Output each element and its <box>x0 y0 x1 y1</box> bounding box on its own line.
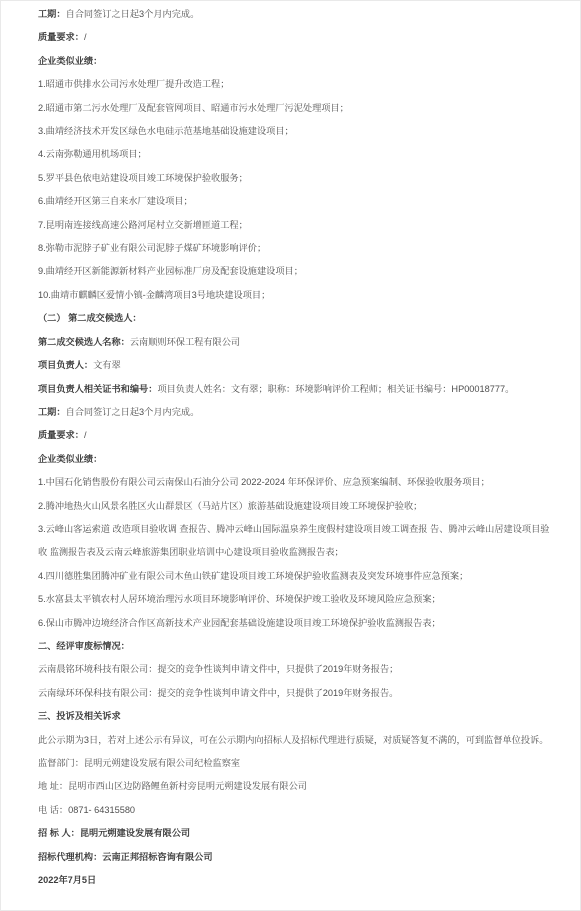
certificate-value: 项目负责人姓名：文有翠；职称：环境影响评价工程师；相关证书编号：HP000187… <box>157 384 514 394</box>
project-item-2-4: 4.四川德胜集团腾冲矿业有限公司木鱼山铁矿建设项目竣工环境保护验收监测表及突发环… <box>38 565 550 588</box>
project-item-9: 9.曲靖经开区新能源新材料产业园标准厂房及配套设施建设项目； <box>38 260 550 283</box>
rejected-bids-heading: 二、经评审废标情况： <box>38 635 550 658</box>
project-leader-line: 项目负责人：文有翠 <box>38 354 550 377</box>
project-item-6: 6.曲靖经开区第三自来水厂建设项目； <box>38 190 550 213</box>
project-item-2-6: 6.保山市腾冲边境经济合作区高新技术产业园配套基础设施建设项目竣工环境保护验收监… <box>38 612 550 635</box>
duration-value: 自合同签订之日起3个月内完成。 <box>66 9 200 19</box>
complaint-period-text: 此公示期为3日，若对上述公示有异议，可在公示期内向招标人及招标代理进行质疑，对质… <box>38 729 550 752</box>
candidate-name-value: 云南顺则环保工程有限公司 <box>130 337 240 347</box>
project-item-5: 5.罗平县色依电站建设项目竣工环境保护验收服务； <box>38 167 550 190</box>
second-candidate-name-line: 第二成交候选人名称：云南顺则环保工程有限公司 <box>38 331 550 354</box>
project-item-10: 10.曲靖市麒麟区爱情小镇-金麟湾项目3号地块建设项目； <box>38 284 550 307</box>
phone-line: 电 话：0871- 64315580 <box>38 799 550 822</box>
supervision-dept-line: 监督部门：昆明元朔建设发展有限公司纪检监察室 <box>38 752 550 775</box>
duration-label: 工期： <box>38 9 66 19</box>
duration-line-2: 工期：自合同签订之日起3个月内完成。 <box>38 401 550 424</box>
project-item-2: 2.昭通市第二污水处理厂及配套管网项目、昭通市污水处理厂污泥处理项目； <box>38 97 550 120</box>
address-line: 地 址：昆明市西山区边防路鲤鱼新村旁昆明元朔建设发展有限公司 <box>38 775 550 798</box>
leader-certificate-line: 项目负责人相关证书和编号：项目负责人姓名：文有翠；职称：环境影响评价工程师；相关… <box>38 378 550 401</box>
announcement-document: 工期：自合同签订之日起3个月内完成。 质量要求：/ 企业类似业绩： 1.昭通市供… <box>0 0 581 911</box>
similar-projects-heading-2: 企业类似业绩： <box>38 448 550 471</box>
certificate-label: 项目负责人相关证书和编号： <box>38 384 157 394</box>
date-line: 2022年7月5日 <box>38 869 550 892</box>
agency-line: 招标代理机构：云南正邦招标咨询有限公司 <box>38 846 550 869</box>
complaints-heading: 三、投诉及相关诉求 <box>38 705 550 728</box>
leader-value: 文有翠 <box>93 360 121 370</box>
rejected-bid-item-1: 云南晨铭环境科技有限公司：提交的竞争性谈判申请文件中，只提供了2019年财务报告… <box>38 658 550 681</box>
project-item-2-5: 5.水富县太平镇农村人居环境治理污水项目环境影响评价、环境保护竣工验收及环境风险… <box>38 588 550 611</box>
project-item-4: 4.云南弥勒通用机场项目； <box>38 143 550 166</box>
quality-line-2: 质量要求：/ <box>38 424 550 447</box>
project-item-2-2: 2.腾冲地热火山风景名胜区火山群景区（马站片区）旅游基础设施建设项目竣工环境保护… <box>38 495 550 518</box>
project-item-8: 8.弥勒市泥脖子矿业有限公司泥脖子煤矿环境影响评价； <box>38 237 550 260</box>
project-item-3: 3.曲靖经济技术开发区绿色水电硅示范基地基础设施建设项目； <box>38 120 550 143</box>
rejected-bid-item-2: 云南绿环环保科技有限公司：提交的竞争性谈判申请文件中，只提供了2019年财务报告… <box>38 682 550 705</box>
quality-line: 质量要求：/ <box>38 26 550 49</box>
project-item-1: 1.昭通市供排水公司污水处理厂提升改造工程； <box>38 73 550 96</box>
candidate-name-label: 第二成交候选人名称： <box>38 337 130 347</box>
project-item-2-1: 1.中国石化销售股份有限公司云南保山石油分公司 2022-2024 年环保评价、… <box>38 471 550 494</box>
project-item-7: 7.昆明南连接线高速公路河尾村立交新增匝道工程； <box>38 214 550 237</box>
project-item-2-3: 3.云峰山客运索道 改造项目验收调 查报告、腾冲云峰山国际温泉养生度假村建设项目… <box>38 518 550 565</box>
duration-line: 工期：自合同签订之日起3个月内完成。 <box>38 3 550 26</box>
quality-label: 质量要求： <box>38 32 84 42</box>
similar-projects-heading: 企业类似业绩： <box>38 50 550 73</box>
quality-value: / <box>84 32 87 42</box>
leader-label: 项目负责人： <box>38 360 93 370</box>
tenderer-line: 招 标 人：昆明元朔建设发展有限公司 <box>38 822 550 845</box>
second-candidate-heading: （二） 第二成交候选人： <box>38 307 550 330</box>
